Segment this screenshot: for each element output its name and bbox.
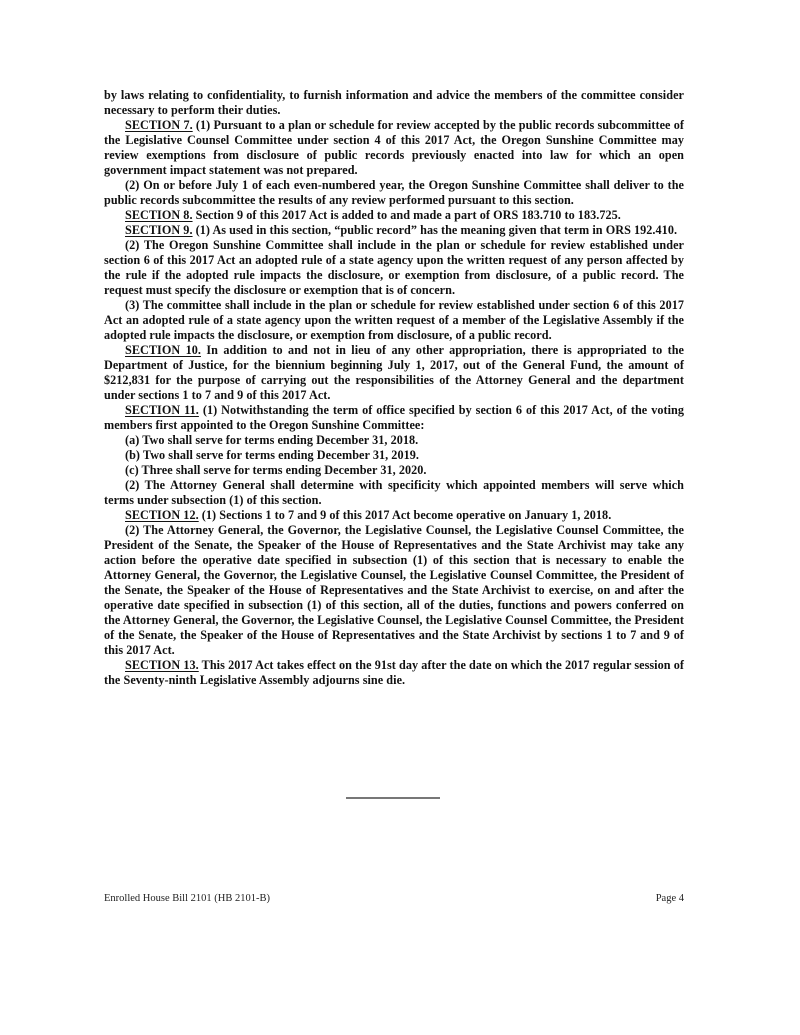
section-heading: SECTION 8.	[125, 208, 193, 222]
section-9-paragraph: SECTION 9. (1) As used in this section, …	[104, 223, 684, 238]
section-heading: SECTION 10.	[125, 343, 201, 357]
paragraph-text: (2) The Attorney General, the Governor, …	[104, 523, 684, 657]
section-7-paragraph: SECTION 7. (1) Pursuant to a plan or sch…	[104, 118, 684, 178]
section-heading: SECTION 9.	[125, 223, 193, 237]
section-12-subsection-2: (2) The Attorney General, the Governor, …	[104, 523, 684, 658]
section-heading: SECTION 13.	[125, 658, 199, 672]
section-11-paragraph: SECTION 11. (1) Notwithstanding the term…	[104, 403, 684, 433]
section-9-subsection-3: (3) The committee shall include in the p…	[104, 298, 684, 343]
paragraph-text: (3) The committee shall include in the p…	[104, 298, 684, 342]
paragraph-text: by laws relating to confidentiality, to …	[104, 88, 684, 117]
paragraph-text: (2) On or before July 1 of each even-num…	[104, 178, 684, 207]
paragraph-continuation: by laws relating to confidentiality, to …	[104, 88, 684, 118]
paragraph-text: (1) Sections 1 to 7 and 9 of this 2017 A…	[199, 508, 612, 522]
section-8-paragraph: SECTION 8. Section 9 of this 2017 Act is…	[104, 208, 684, 223]
section-11-item-c: (c) Three shall serve for terms ending D…	[104, 463, 684, 478]
paragraph-text: (c) Three shall serve for terms ending D…	[125, 463, 427, 477]
section-13-paragraph: SECTION 13. This 2017 Act takes effect o…	[104, 658, 684, 688]
section-heading: SECTION 12.	[125, 508, 199, 522]
end-of-act-rule	[346, 797, 440, 799]
paragraph-text: (1) As used in this section, “public rec…	[193, 223, 678, 237]
paragraph-text: (b) Two shall serve for terms ending Dec…	[125, 448, 419, 462]
paragraph-text: (2) The Attorney General shall determine…	[104, 478, 684, 507]
section-11-item-b: (b) Two shall serve for terms ending Dec…	[104, 448, 684, 463]
paragraph-text: (2) The Oregon Sunshine Committee shall …	[104, 238, 684, 297]
section-heading: SECTION 7.	[125, 118, 193, 132]
page-number: Page 4	[656, 893, 684, 904]
section-12-paragraph: SECTION 12. (1) Sections 1 to 7 and 9 of…	[104, 508, 684, 523]
page-footer: Enrolled House Bill 2101 (HB 2101-B) Pag…	[104, 893, 684, 904]
bill-label: Enrolled House Bill 2101 (HB 2101-B)	[104, 893, 270, 904]
section-11-subsection-2: (2) The Attorney General shall determine…	[104, 478, 684, 508]
document-body: by laws relating to confidentiality, to …	[104, 88, 684, 688]
section-10-paragraph: SECTION 10. In addition to and not in li…	[104, 343, 684, 403]
paragraph-text: (a) Two shall serve for terms ending Dec…	[125, 433, 418, 447]
section-heading: SECTION 11.	[125, 403, 199, 417]
section-7-subsection-2: (2) On or before July 1 of each even-num…	[104, 178, 684, 208]
section-11-item-a: (a) Two shall serve for terms ending Dec…	[104, 433, 684, 448]
paragraph-text: Section 9 of this 2017 Act is added to a…	[193, 208, 621, 222]
section-9-subsection-2: (2) The Oregon Sunshine Committee shall …	[104, 238, 684, 298]
